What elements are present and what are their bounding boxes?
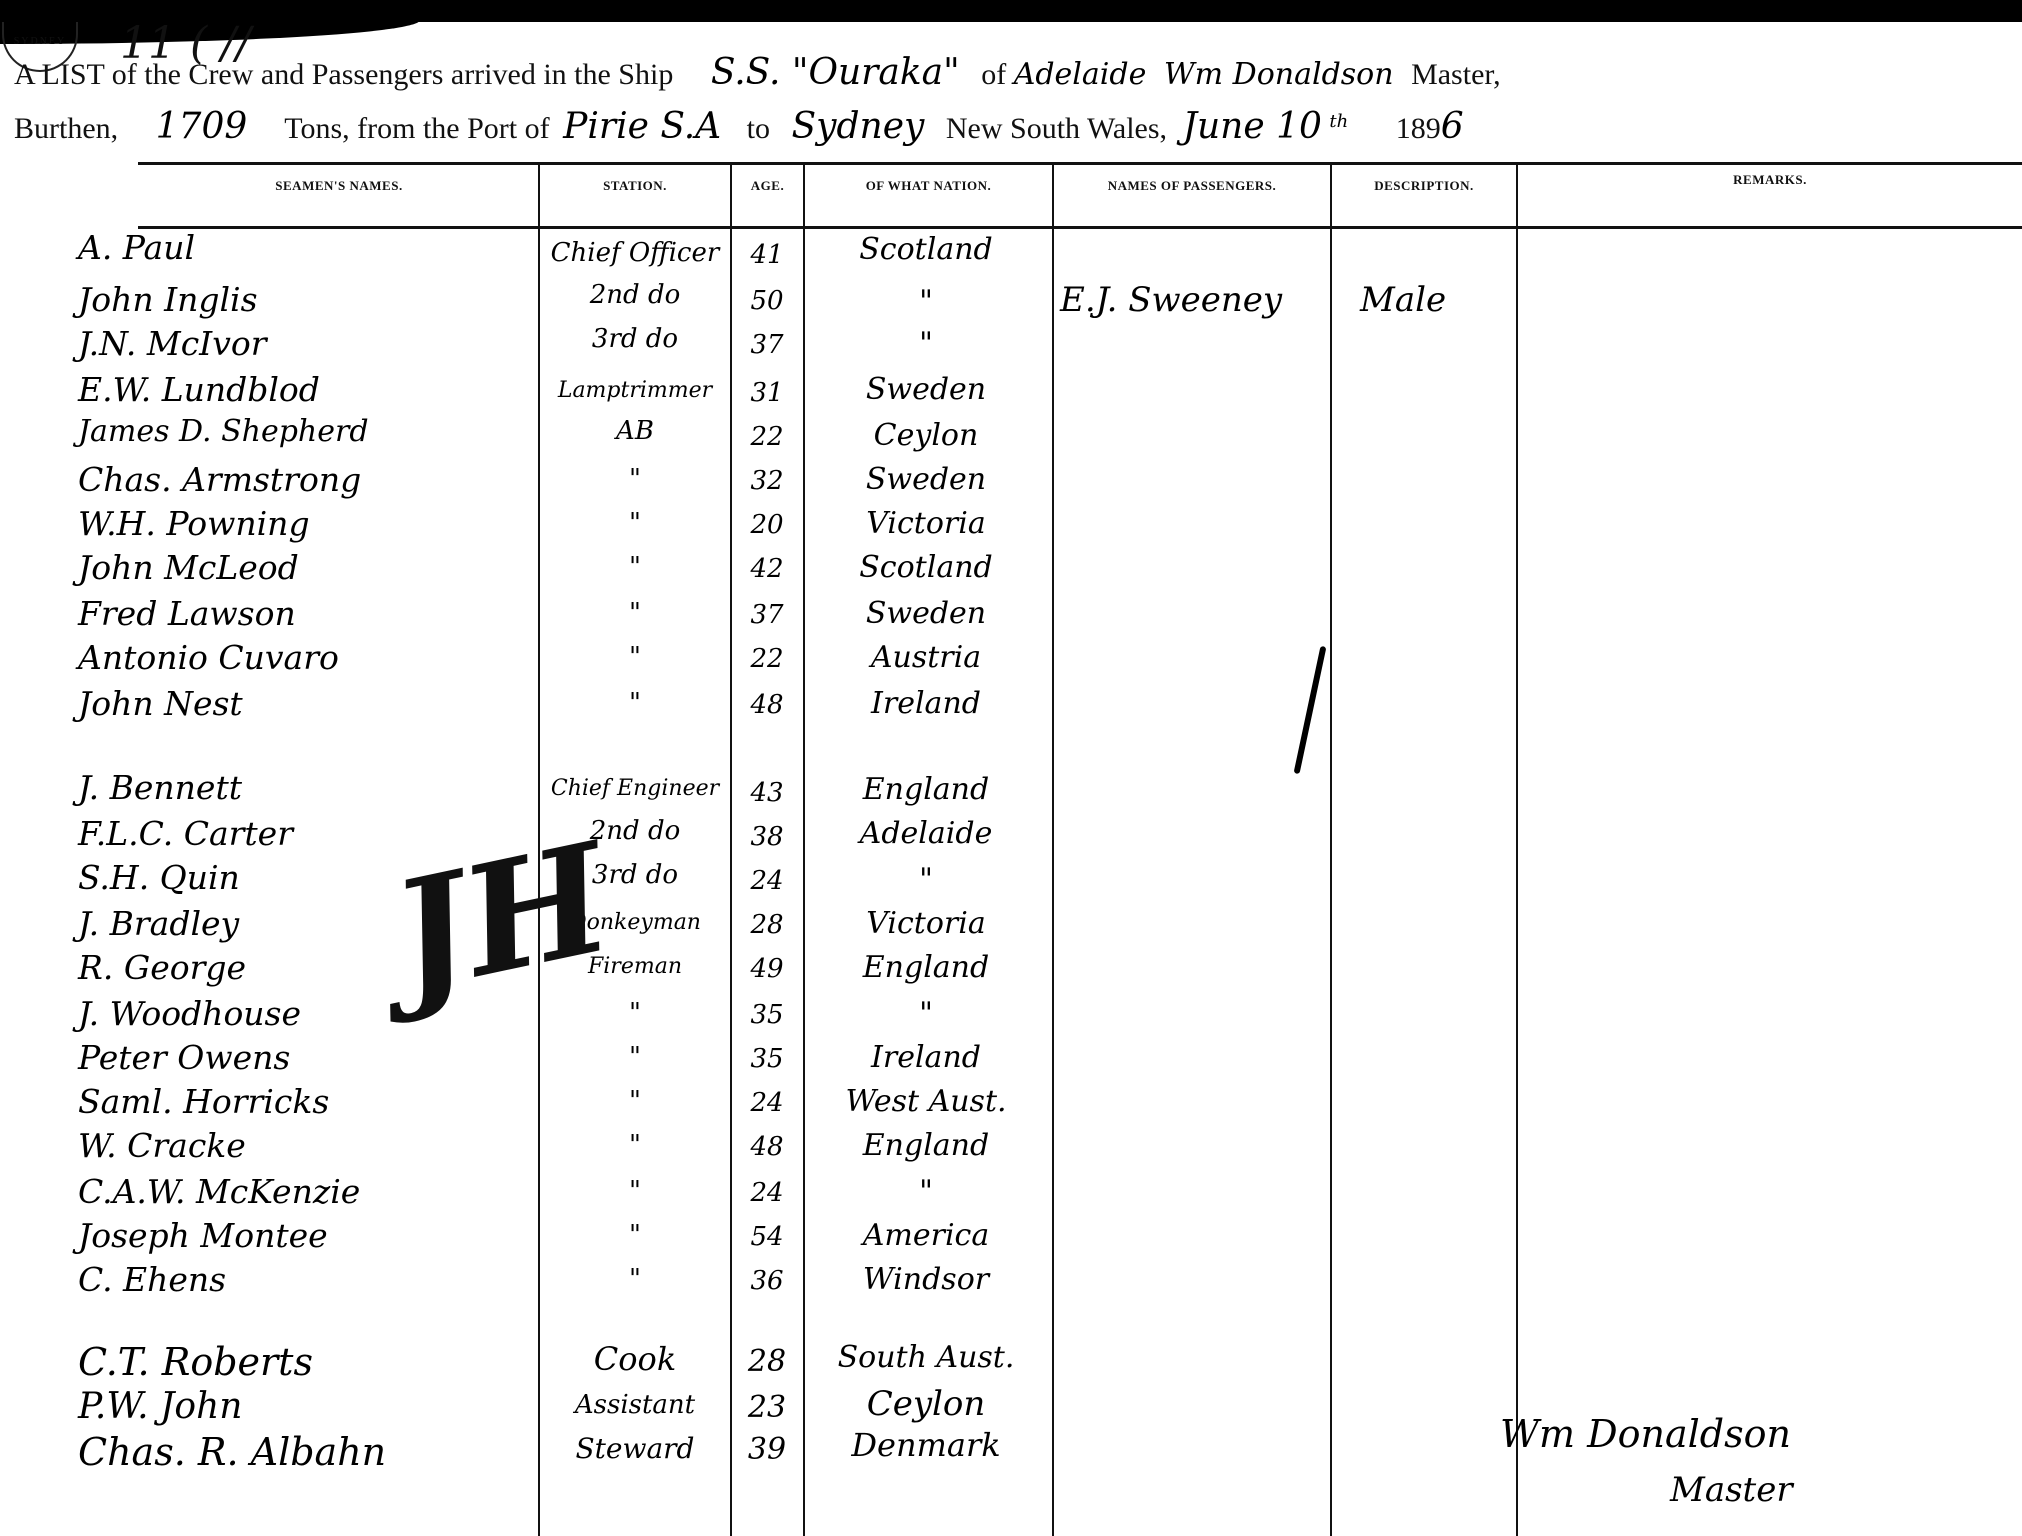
crew-age: 54 (731, 1222, 803, 1252)
crew-name: C.T. Roberts (78, 1340, 313, 1384)
crew-age: 31 (731, 378, 803, 408)
header-passenger-names: NAMES OF PASSENGERS. (1054, 178, 1330, 194)
crew-age: 37 (731, 600, 803, 630)
crew-nation: South Aust. (806, 1340, 1046, 1375)
ship-name: S.S. "Ouraka" (711, 52, 960, 93)
crew-nation: " (806, 1174, 1046, 1209)
crew-age: 32 (731, 466, 803, 496)
scan-edge-band (0, 0, 2022, 22)
of-label: of (981, 58, 1006, 91)
crew-station: " (540, 1176, 730, 1206)
crew-age: 50 (731, 286, 803, 316)
crew-nation: Ireland (806, 686, 1046, 721)
crew-age: 48 (731, 1132, 803, 1162)
crew-station: " (540, 598, 730, 628)
crew-age: 24 (731, 866, 803, 896)
crew-station: " (540, 642, 730, 672)
crew-name: C. Ehens (78, 1260, 226, 1299)
header-remarks: REMARKS. (1518, 172, 2022, 188)
crew-name: R. George (78, 948, 246, 987)
crew-name: John Nest (78, 684, 243, 723)
crew-nation: England (806, 950, 1046, 985)
col-divider-description (1330, 162, 1332, 1536)
crew-nation: Ireland (806, 1040, 1046, 1075)
title-line-1: A LIST of the Crew and Passengers arrive… (14, 52, 1501, 93)
crew-name: Fred Lawson (78, 594, 296, 633)
crew-age: 22 (731, 422, 803, 452)
crew-age: 24 (731, 1088, 803, 1118)
crew-age: 39 (731, 1432, 803, 1467)
burthen-tons: 1709 (156, 106, 248, 147)
header-bottom-rule (138, 226, 2022, 229)
year-last-digit: 6 (1441, 106, 1464, 147)
crew-name: J.N. McIvor (78, 324, 267, 363)
master-signature-title: Master (1670, 1470, 1793, 1510)
crew-name: J. Bennett (78, 768, 242, 807)
crew-station: " (540, 1086, 730, 1116)
year-prefix: 189 (1396, 112, 1441, 145)
crew-nation: Victoria (806, 506, 1046, 541)
crew-nation: Victoria (806, 906, 1046, 941)
crew-name: Peter Owens (78, 1038, 290, 1077)
arrival-date: June 10 (1183, 106, 1322, 147)
crew-age: 49 (731, 954, 803, 984)
tons-from-label: Tons, from the Port of (284, 112, 549, 145)
master-signature: Wm Donaldson (1500, 1412, 1791, 1456)
title-line-2: Burthen, 1709 Tons, from the Port of Pir… (14, 106, 1464, 147)
port-of-registry: Adelaide (1014, 57, 1147, 92)
crew-station: Lamptrimmer (540, 378, 730, 403)
crew-age: 37 (731, 330, 803, 360)
crew-station: 3rd do (540, 324, 730, 354)
crew-nation: England (806, 772, 1046, 807)
crew-name: P.W. John (78, 1386, 242, 1427)
crew-age: 28 (731, 910, 803, 940)
crew-station: " (540, 1220, 730, 1250)
crew-name: W.H. Powning (78, 504, 310, 543)
crew-name: E.W. Lundblod (78, 370, 320, 409)
crew-nation: Adelaide (806, 816, 1046, 851)
crew-name: S.H. Quin (78, 858, 240, 897)
crew-name: J. Woodhouse (78, 994, 301, 1033)
crew-nation: Scotland (806, 550, 1046, 585)
crew-nation: England (806, 1128, 1046, 1163)
crew-nation: " (806, 284, 1046, 319)
crew-name: Chas. R. Albahn (78, 1430, 386, 1474)
passenger-name: E.J. Sweeney (1060, 280, 1282, 320)
crew-age: 20 (731, 510, 803, 540)
crew-nation: America (806, 1218, 1046, 1253)
crew-age: 38 (731, 822, 803, 852)
burthen-label: Burthen, (14, 112, 118, 145)
crew-nation: Ceylon (806, 418, 1046, 453)
crew-name: Saml. Horricks (78, 1082, 329, 1121)
crew-age: 23 (731, 1390, 803, 1425)
from-port: Pirie S.A (563, 106, 721, 147)
crew-age: 41 (731, 240, 803, 270)
header-description: DESCRIPTION. (1332, 178, 1516, 194)
crew-age: 48 (731, 690, 803, 720)
crew-nation: " (806, 996, 1046, 1031)
crew-age: 36 (731, 1266, 803, 1296)
crew-station: " (540, 688, 730, 718)
col-divider-remarks (1516, 162, 1518, 1536)
crew-name: Chas. Armstrong (78, 460, 361, 499)
crew-nation: Austria (806, 640, 1046, 675)
crew-nation: Ceylon (806, 1384, 1046, 1424)
crew-station: " (540, 1042, 730, 1072)
crew-age: 35 (731, 1044, 803, 1074)
crew-nation: Scotland (806, 232, 1046, 267)
crew-age: 42 (731, 554, 803, 584)
passenger-description: Male (1360, 280, 1446, 320)
crew-name: W. Cracke (78, 1126, 246, 1165)
to-port: Sydney (792, 106, 925, 147)
crew-name: James D. Shepherd (78, 414, 369, 449)
crew-name: A. Paul (78, 228, 195, 267)
crew-station: " (540, 552, 730, 582)
header-age: AGE. (732, 178, 803, 194)
crew-station: Cook (540, 1340, 730, 1378)
crew-name: C.A.W. McKenzie (78, 1172, 360, 1211)
crew-age: 28 (731, 1344, 803, 1379)
header-seamen-names: SEAMEN'S NAMES. (140, 178, 538, 194)
crew-station: AB (540, 416, 730, 446)
master-label: Master, (1411, 58, 1501, 91)
to-label: to (747, 112, 770, 145)
crew-name: Joseph Montee (78, 1216, 328, 1255)
col-divider-passengers (1052, 162, 1054, 1536)
table-top-rule (138, 162, 2022, 165)
crew-nation: Sweden (806, 596, 1046, 631)
crew-station: Chief Engineer (540, 776, 730, 801)
crew-station: " (540, 1264, 730, 1294)
title-prefix: A LIST of the Crew and Passengers arrive… (14, 58, 673, 91)
crew-nation: " (806, 862, 1046, 897)
nsw-label: New South Wales, (946, 112, 1167, 145)
col-divider-nation (803, 162, 805, 1536)
crew-name: John McLeod (78, 548, 299, 587)
crew-station: 2nd do (540, 280, 730, 310)
crew-name: John Inglis (78, 280, 258, 319)
pen-stroke-mark (1294, 646, 1327, 774)
crew-nation: Windsor (806, 1262, 1046, 1297)
crew-station: " (540, 508, 730, 538)
crew-nation: " (806, 326, 1046, 361)
crew-age: 24 (731, 1178, 803, 1208)
date-suffix: th (1329, 111, 1348, 132)
header-station: STATION. (540, 178, 730, 194)
crew-nation: Sweden (806, 462, 1046, 497)
crew-name: F.L.C. Carter (78, 814, 293, 853)
crew-nation: West Aust. (806, 1084, 1046, 1119)
crew-nation: Denmark (806, 1426, 1046, 1464)
crew-name: Antonio Cuvaro (78, 638, 339, 677)
crew-station: Steward (540, 1432, 730, 1465)
header-nation: OF WHAT NATION. (805, 178, 1052, 194)
margin-initials-mark: JH (379, 810, 624, 1026)
crew-station: Assistant (540, 1390, 730, 1420)
crew-age: 35 (731, 1000, 803, 1030)
master-name: Wm Donaldson (1164, 57, 1394, 92)
crew-name: J. Bradley (78, 904, 239, 943)
crew-nation: Sweden (806, 372, 1046, 407)
crew-station: " (540, 1130, 730, 1160)
crew-age: 43 (731, 778, 803, 808)
crew-station: " (540, 464, 730, 494)
crew-age: 22 (731, 644, 803, 674)
crew-station: Chief Officer (540, 238, 730, 268)
crew-station: " (540, 998, 730, 1028)
